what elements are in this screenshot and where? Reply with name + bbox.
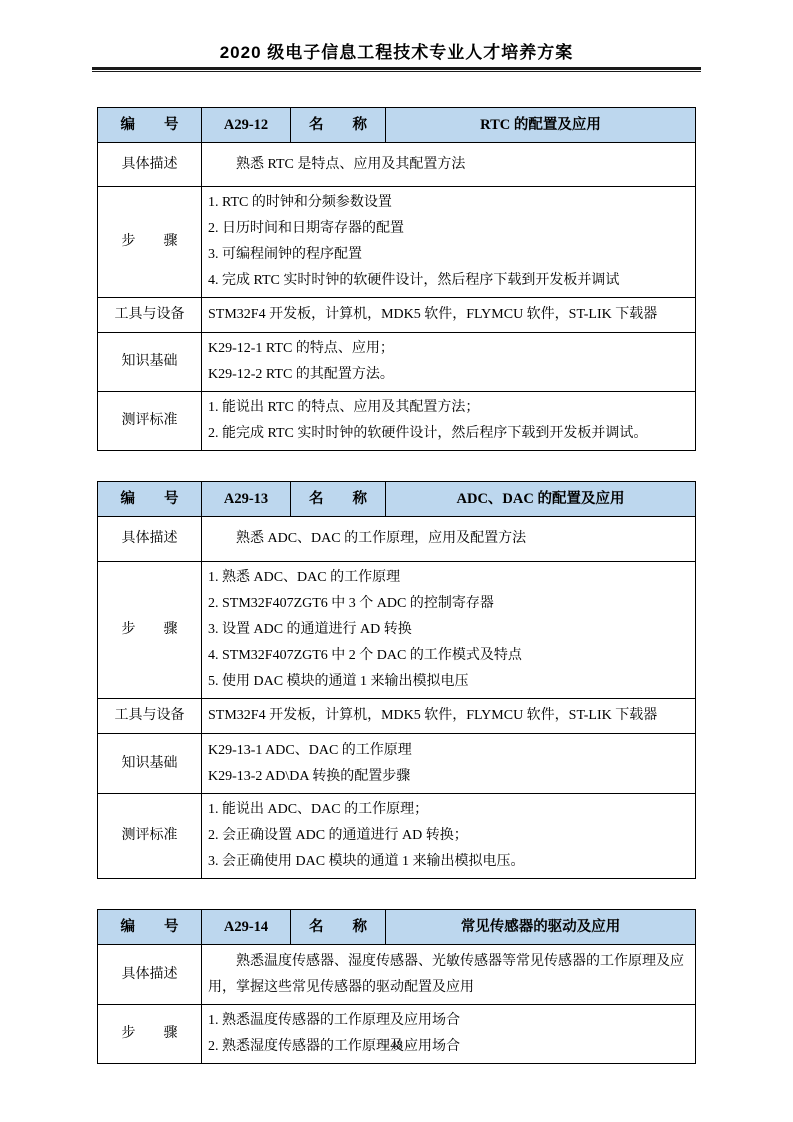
name-value-cell: 常见传感器的驱动及应用 [386,910,696,945]
name-value-cell: ADC、DAC 的配置及应用 [386,482,696,517]
row-content: K29-12-1 RTC 的特点、应用； K29-12-2 RTC 的其配置方法… [202,333,696,392]
row-content: 熟悉 RTC 是特点、应用及其配置方法 [202,143,696,187]
table-row: 工具与设备 STM32F4 开发板，计算机，MDK5 软件，FLYMCU 软件，… [98,298,696,333]
row-content: 1. 熟悉 ADC、DAC 的工作原理 2. STM32F407ZGT6 中 3… [202,562,696,699]
row-label: 具体描述 [98,143,202,187]
id-label-cell: 编 号 [98,482,202,517]
row-content: STM32F4 开发板，计算机，MDK5 软件，FLYMCU 软件，ST-LIK… [202,699,696,734]
row-label: 步 骤 [98,562,202,699]
document-page: 2020 级电子信息工程技术专业人才培养方案 编 号 A29-12 名 称 RT… [0,0,793,1122]
table-row: 步 骤 1. 熟悉 ADC、DAC 的工作原理 2. STM32F407ZGT6… [98,562,696,699]
row-content: 1. RTC 的时钟和分频参数设置 2. 日历时间和日期寄存器的配置 3. 可编… [202,187,696,298]
name-label-cell: 名 称 [291,910,386,945]
row-label: 工具与设备 [98,298,202,333]
id-label-cell: 编 号 [98,108,202,143]
table-row: 步 骤 1. 熟悉温度传感器的工作原理及应用场合 2. 熟悉湿度传感器的工作原理… [98,1005,696,1064]
spacer [97,879,697,909]
row-label: 测评标准 [98,392,202,451]
row-content: K29-13-1 ADC、DAC 的工作原理 K29-13-2 AD\DA 转换… [202,734,696,794]
table-row: 步 骤 1. RTC 的时钟和分频参数设置 2. 日历时间和日期寄存器的配置 3… [98,187,696,298]
row-label: 知识基础 [98,333,202,392]
row-label: 步 骤 [98,187,202,298]
id-value-cell: A29-13 [202,482,291,517]
course-table-a29-13: 编 号 A29-13 名 称 ADC、DAC 的配置及应用 具体描述 熟悉 AD… [97,481,696,879]
id-value-cell: A29-12 [202,108,291,143]
table-header-row: 编 号 A29-14 名 称 常见传感器的驱动及应用 [98,910,696,945]
document-header: 2020 级电子信息工程技术专业人才培养方案 [92,38,701,63]
course-table-a29-12: 编 号 A29-12 名 称 RTC 的配置及应用 具体描述 熟悉 RTC 是特… [97,107,696,451]
document-body: 编 号 A29-12 名 称 RTC 的配置及应用 具体描述 熟悉 RTC 是特… [97,107,697,1064]
table-row: 工具与设备 STM32F4 开发板，计算机，MDK5 软件，FLYMCU 软件，… [98,699,696,734]
id-label-cell: 编 号 [98,910,202,945]
row-label: 工具与设备 [98,699,202,734]
row-content: 熟悉温度传感器、湿度传感器、光敏传感器等常见传感器的工作原理及应用，掌握这些常见… [202,945,696,1005]
document-title: 2020 级电子信息工程技术专业人才培养方案 [220,43,574,62]
row-label: 知识基础 [98,734,202,794]
table-row: 具体描述 熟悉温度传感器、湿度传感器、光敏传感器等常见传感器的工作原理及应用，掌… [98,945,696,1005]
id-value-cell: A29-14 [202,910,291,945]
row-content: 1. 能说出 ADC、DAC 的工作原理； 2. 会正确设置 ADC 的通道进行… [202,794,696,879]
row-label: 具体描述 [98,517,202,562]
table-row: 具体描述 熟悉 RTC 是特点、应用及其配置方法 [98,143,696,187]
row-content: 1. 能说出 RTC 的特点、应用及其配置方法； 2. 能完成 RTC 实时时钟… [202,392,696,451]
table-row: 知识基础 K29-12-1 RTC 的特点、应用； K29-12-2 RTC 的… [98,333,696,392]
name-value-cell: RTC 的配置及应用 [386,108,696,143]
table-header-row: 编 号 A29-13 名 称 ADC、DAC 的配置及应用 [98,482,696,517]
name-label-cell: 名 称 [291,108,386,143]
table-row: 具体描述 熟悉 ADC、DAC 的工作原理，应用及配置方法 [98,517,696,562]
table-row: 测评标准 1. 能说出 ADC、DAC 的工作原理； 2. 会正确设置 ADC … [98,794,696,879]
page-number: - 48 - [0,1038,793,1053]
row-label: 测评标准 [98,794,202,879]
row-content: STM32F4 开发板，计算机，MDK5 软件，FLYMCU 软件，ST-LIK… [202,298,696,333]
spacer [97,451,697,481]
row-label: 步 骤 [98,1005,202,1064]
name-label-cell: 名 称 [291,482,386,517]
row-content: 熟悉 ADC、DAC 的工作原理，应用及配置方法 [202,517,696,562]
row-content: 1. 熟悉温度传感器的工作原理及应用场合 2. 熟悉湿度传感器的工作原理及应用场… [202,1005,696,1064]
table-row: 测评标准 1. 能说出 RTC 的特点、应用及其配置方法； 2. 能完成 RTC… [98,392,696,451]
header-double-rule [92,67,701,72]
row-label: 具体描述 [98,945,202,1005]
table-row: 知识基础 K29-13-1 ADC、DAC 的工作原理 K29-13-2 AD\… [98,734,696,794]
table-header-row: 编 号 A29-12 名 称 RTC 的配置及应用 [98,108,696,143]
